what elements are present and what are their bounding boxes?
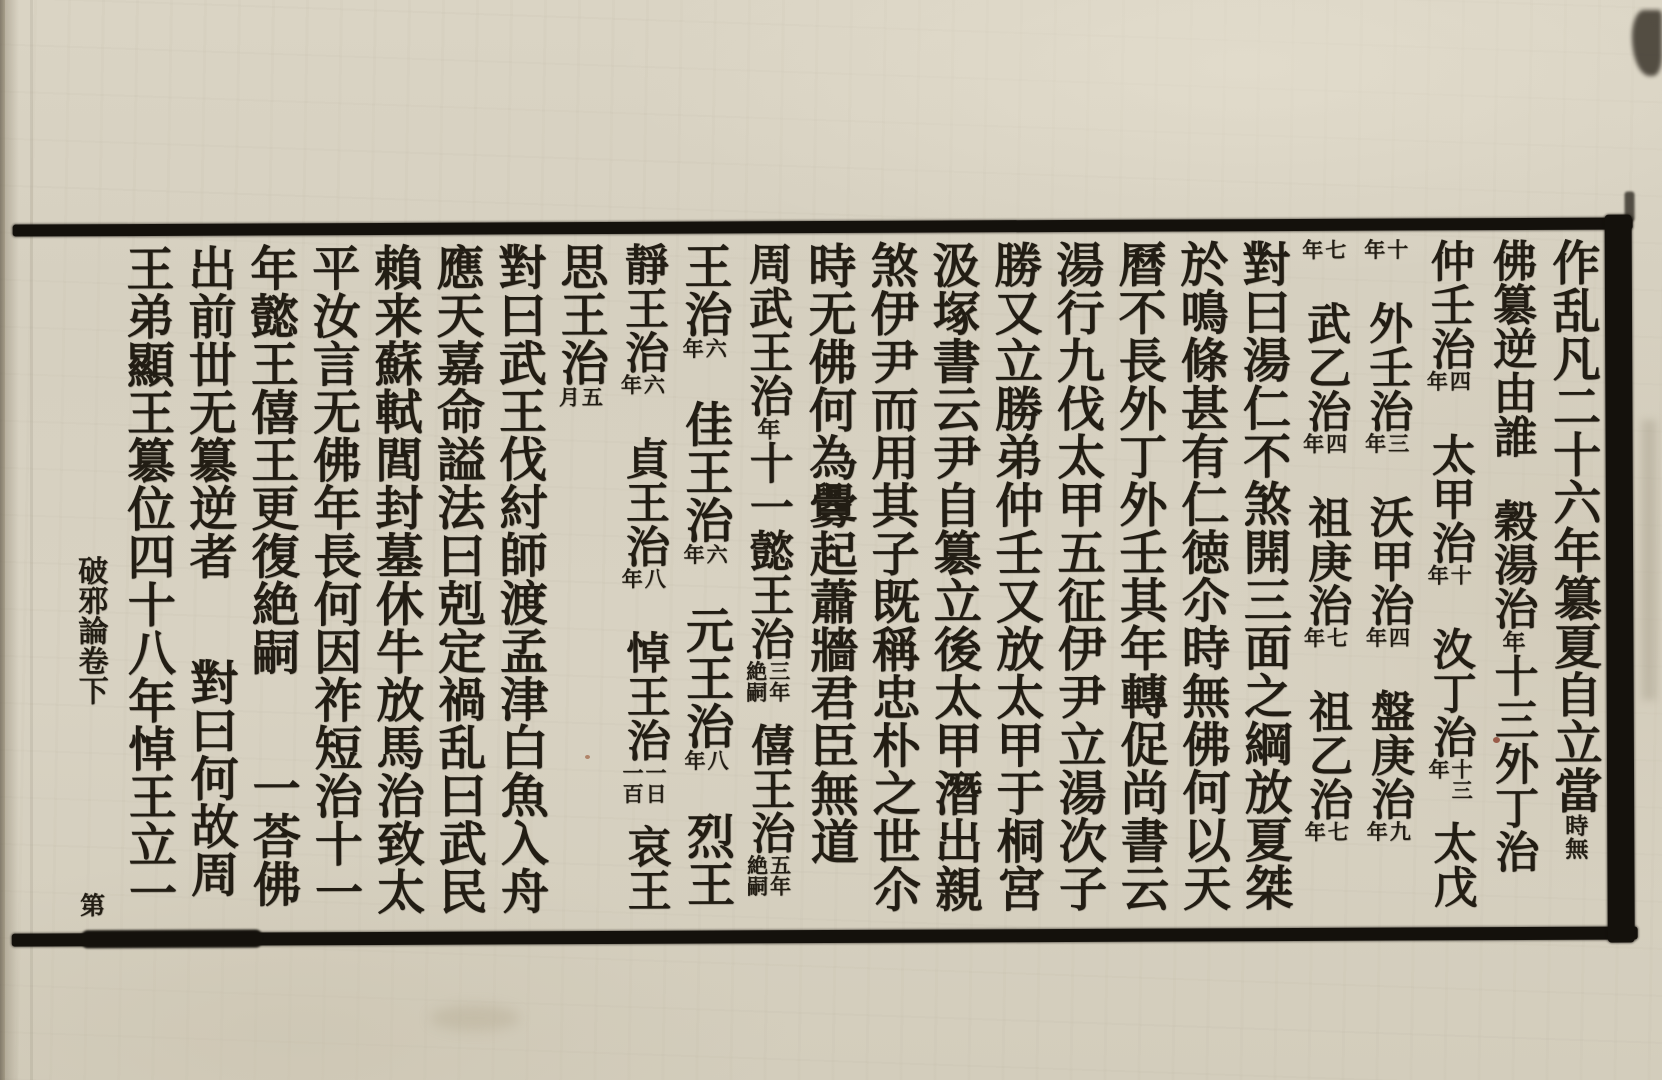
note-left-subcolumn: 一百	[621, 762, 644, 804]
text-column-13: 時无佛何為釁起蕭牆君臣無道	[797, 241, 862, 927]
note-left-subcolumn: 年	[683, 750, 706, 771]
note-left-subcolumn: 年	[1364, 433, 1387, 454]
glyph-run: 懿王治	[742, 528, 794, 660]
note-left-subcolumn: 絶嗣	[745, 854, 768, 896]
note-left-subcolumn: 年	[1303, 821, 1326, 842]
note-left-subcolumn: 年	[1363, 239, 1386, 260]
text-block: 作乱凡二十六年簒夏自立當時無佛簒逆由誰穀湯治年十三外丁治三年仲壬治四年太甲治十年…	[57, 238, 1606, 931]
glyph-run: 煞伊尹而用其子既稱忠朴之世尒	[862, 241, 921, 913]
interlinear-note: 七年	[1301, 239, 1347, 301]
note-right-subcolumn: 八	[706, 749, 729, 770]
interlinear-note: 八年	[620, 568, 666, 630]
note-right-subcolumn: 八	[643, 568, 666, 589]
note-right-subcolumn: 十	[1449, 564, 1472, 585]
frame-top-border	[13, 217, 1633, 236]
interlinear-note: 九年	[1365, 820, 1411, 882]
text-column-6: 對曰湯仁不煞開三面之綱放夏桀	[1231, 239, 1296, 925]
interlinear-note: 七年	[1303, 821, 1349, 883]
text-column-20: 賴来蘇軾閭封墓休牛放馬治致太	[363, 243, 428, 929]
glyph-run: 思王治	[552, 242, 609, 386]
glyph-run: 太甲治	[1424, 432, 1476, 564]
note-left-subcolumn: 年	[682, 544, 705, 565]
note-right-subcolumn: 六	[704, 337, 727, 358]
interlinear-note: 四年	[1364, 626, 1410, 688]
printed-plate: 作乱凡二十六年簒夏自立當時無佛簒逆由誰穀湯治年十三外丁治三年仲壬治四年太甲治十年…	[0, 0, 1662, 1080]
text-column-10: 勝又立勝弟仲壬又放太甲于桐宮	[983, 240, 1048, 926]
text-column-22: 年懿王僖王更復絶嗣一荅佛未	[239, 243, 304, 929]
glyph-run: 曆不長外丁外壬其年轉促尚書云	[1110, 240, 1169, 912]
glyph-run: 周武王治	[741, 241, 793, 417]
note-left-subcolumn: 年	[1364, 627, 1387, 648]
text-column-15: 王治六年佳王治六年元王治八年烈王治七年	[673, 241, 738, 927]
interlinear-note: 十三年	[1427, 758, 1473, 820]
text-column-16: 靜王治六年貞王治八年悼王治一日一百哀王治三月	[611, 242, 676, 928]
note-right-subcolumn: 四	[1325, 433, 1348, 454]
small-annotation-run: 時無	[1561, 814, 1588, 860]
volume-margin-column: 破邪論卷下 第三張 既	[61, 244, 118, 930]
glyph-run: 外丁治	[1487, 741, 1539, 873]
text-column-11: 汲塚書云尹自簒立後太甲潛出親	[921, 240, 986, 926]
glyph-run: 平汝言无佛年長何因祚短治十一	[304, 243, 363, 915]
text-column-14: 周武王治年十一懿王治三年絶嗣僖王治五年絶嗣傾	[735, 241, 800, 927]
text-column-17: 思王治五月	[549, 242, 614, 928]
note-right-subcolumn: 一日	[644, 762, 667, 804]
small-annotation-run: 年	[1498, 630, 1525, 653]
note-right-subcolumn: 三年	[768, 660, 791, 702]
interlinear-note: 六年	[682, 543, 728, 605]
column-gap	[208, 580, 210, 658]
note-right-subcolumn: 七	[1326, 821, 1349, 842]
text-column-23: 出前丗无簒逆者對曰何故周烈	[177, 244, 242, 930]
glyph-run: 勝又立勝弟仲壬又放太甲于桐宮	[986, 240, 1045, 912]
note-right-subcolumn: 五年	[768, 854, 791, 896]
volume-title: 破邪論卷下	[72, 555, 108, 705]
glyph-run: 王治	[676, 241, 732, 337]
glyph-run: 祖乙治	[1301, 689, 1353, 821]
note-right-subcolumn: 九	[1388, 820, 1411, 841]
column-gap	[271, 675, 273, 763]
text-column-3: 仲壬治四年太甲治十年汷丁治十三年太戊治	[1417, 238, 1482, 924]
interlinear-note: 五月	[557, 386, 603, 448]
glyph-run: 盤庚治	[1363, 688, 1415, 820]
glyph-run: 作乱凡二十六年簒夏自立當	[1544, 238, 1603, 814]
note-right-subcolumn: 七	[1324, 239, 1347, 260]
interlinear-note: 十年	[1426, 564, 1472, 626]
note-right-subcolumn: 四	[1387, 626, 1410, 647]
text-column-12: 煞伊尹而用其子既稱忠朴之世尒	[859, 241, 924, 927]
glyph-run: 應天嘉命謚法曰剋定禍乱曰武民	[428, 243, 487, 915]
note-left-subcolumn: 年	[620, 568, 643, 589]
glyph-run: 賴来蘇軾閭封墓休牛放馬治致太	[366, 243, 425, 915]
interlinear-note: 六年	[619, 374, 665, 436]
glyph-run: 王弟顯王簒位四十八年悼王立一	[118, 244, 177, 916]
text-column-19: 應天嘉命謚法曰剋定禍乱曰武民	[425, 242, 490, 928]
note-left-subcolumn: 年	[1301, 239, 1324, 260]
note-right-subcolumn: 五	[580, 386, 603, 407]
glyph-run: 元王治	[677, 605, 734, 749]
interlinear-note: 三年	[1364, 432, 1410, 494]
note-right-subcolumn: 七	[1325, 627, 1348, 648]
note-right-subcolumn: 六	[705, 543, 728, 564]
glyph-run: 沃甲治	[1362, 494, 1414, 626]
glyph-run: 汷丁治	[1424, 626, 1476, 758]
text-column-24: 王弟顯王簒位四十八年悼王立一	[115, 244, 180, 930]
interlinear-note: 六年	[681, 337, 727, 399]
interlinear-note: 四年	[1302, 433, 1348, 495]
note-left-subcolumn: 年	[1426, 564, 1449, 585]
note-left-subcolumn: 年	[1302, 627, 1325, 648]
glyph-run: 十三	[1486, 653, 1537, 741]
note-left-subcolumn: 絶嗣	[745, 660, 768, 702]
interlinear-note: 十年	[1363, 238, 1409, 300]
glyph-run: 出前丗无簒逆者	[180, 244, 237, 580]
small-annotation-run: 年	[753, 417, 780, 440]
glyph-run: 汲塚書云尹自簒立後太甲潛出親	[924, 240, 983, 912]
glyph-run: 對曰湯仁不煞開三面之綱放夏桀	[1234, 239, 1293, 911]
interlinear-note: 五年絶嗣	[745, 854, 791, 916]
note-right-subcolumn: 四	[1448, 370, 1471, 391]
note-right-subcolumn: 三	[1387, 432, 1410, 453]
text-column-5: 七年武乙治四年祖庚治七年祖乙治七年又	[1293, 239, 1358, 925]
text-column-7: 於鳴條甚有仁徳尒時無佛何以天	[1169, 239, 1234, 925]
note-left-subcolumn: 月	[557, 386, 580, 407]
glyph-run: 時无佛何為釁起蕭牆君臣無道	[800, 241, 859, 865]
glyph-run: 貞王治	[618, 436, 670, 568]
glyph-run: 靜王治	[617, 242, 669, 374]
column-gap	[1510, 458, 1512, 498]
margin-gap	[87, 244, 90, 499]
note-left-subcolumn: 年	[681, 338, 704, 359]
interlinear-note: 七年	[1302, 627, 1348, 689]
interlinear-note: 八年	[683, 749, 729, 811]
text-column-21: 平汝言无佛年長何因祚短治十一	[301, 243, 366, 929]
text-column-9: 湯行九伐太甲五征伊尹立湯次子	[1045, 240, 1110, 926]
note-left-subcolumn: 年	[1365, 821, 1388, 842]
glyph-run: 祖庚治	[1300, 495, 1352, 627]
scanned-page: 作乱凡二十六年簒夏自立當時無佛簒逆由誰穀湯治年十三外丁治三年仲壬治四年太甲治十年…	[0, 0, 1662, 1080]
note-left-subcolumn: 年	[1425, 370, 1448, 391]
note-right-subcolumn: 六	[642, 374, 665, 395]
margin-gap	[89, 761, 91, 836]
glyph-run: 悼王治	[618, 630, 670, 762]
text-column-1: 作乱凡二十六年簒夏自立當時無	[1541, 238, 1606, 924]
frame-right-border	[1605, 215, 1635, 943]
glyph-run: 仲壬治	[1423, 238, 1475, 370]
text-column-8: 曆不長外丁外壬其年轉促尚書云	[1107, 240, 1172, 926]
glyph-run: 佛簒逆由誰	[1485, 238, 1537, 458]
glyph-run: 外壬治	[1361, 300, 1413, 432]
glyph-run: 十一	[742, 440, 793, 528]
interlinear-note: 三年絶嗣	[745, 660, 791, 722]
glyph-run: 對曰武王伐紂師渡孟津白魚入舟	[490, 242, 549, 914]
text-column-2: 佛簒逆由誰穀湯治年十三外丁治三年	[1479, 238, 1544, 924]
text-column-4: 十年外壬治三年沃甲治四年盤庚治九年小辛治	[1355, 238, 1420, 924]
note-left-subcolumn: 年	[619, 374, 642, 395]
note-left-subcolumn: 年	[1427, 758, 1450, 779]
glyph-run: 穀湯治	[1486, 498, 1538, 630]
note-right-subcolumn: 十三	[1450, 758, 1473, 800]
interlinear-note: 四年	[1425, 370, 1471, 432]
note-left-subcolumn: 年	[1302, 433, 1325, 454]
note-right-subcolumn: 十	[1386, 238, 1409, 259]
glyph-run: 武乙治	[1299, 301, 1351, 433]
glyph-run: 僖王治	[743, 722, 795, 854]
interlinear-note: 一日一百	[621, 762, 667, 824]
glyph-run: 於鳴條甚有仁徳尒時無佛何以天	[1172, 239, 1231, 911]
glyph-run: 湯行九伐太甲五征伊尹立湯次子	[1048, 240, 1107, 912]
glyph-run: 年懿王僖王更復絶嗣	[242, 243, 300, 675]
glyph-run: 佳王治	[676, 399, 733, 543]
text-column-18: 對曰武王伐紂師渡孟津白魚入舟	[487, 242, 552, 928]
